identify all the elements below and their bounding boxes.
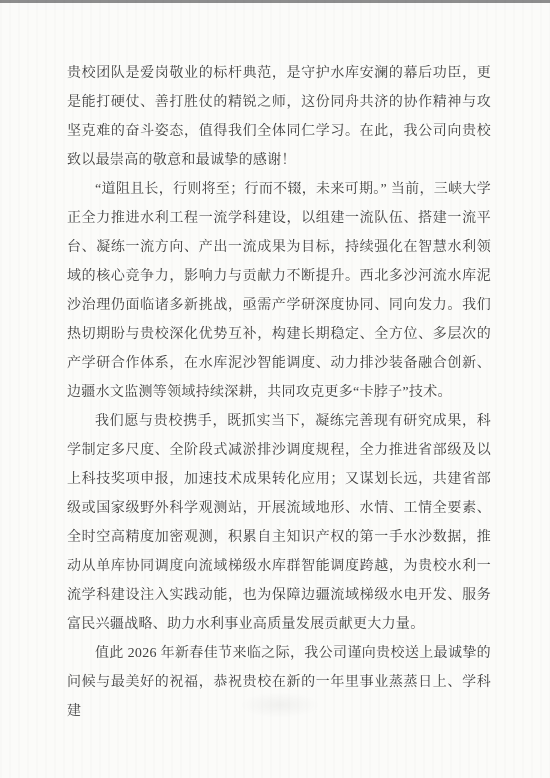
paragraph-discipline-development: “道阻且长，行则将至；行而不辍，未来可期。” 当前，三峡大学正全力推进水利工程一… xyxy=(67,175,491,407)
letter-body: 贵校团队是爱岗敬业的标杆典范，是守护水库安澜的幕后功臣，更是能打硬仗、善打胜仗的… xyxy=(67,59,491,726)
scanned-letter-page: 贵校团队是爱岗敬业的标杆典范，是守护水库安澜的幕后功臣，更是能打硬仗、善打胜仗的… xyxy=(0,0,550,778)
paragraph-gratitude: 贵校团队是爱岗敬业的标杆典范，是守护水库安澜的幕后功臣，更是能打硬仗、善打胜仗的… xyxy=(67,59,491,175)
paragraph-cooperation-plan: 我们愿与贵校携手，既抓实当下，凝练完善现有研究成果，科学制定多尺度、全阶段式减淤… xyxy=(67,407,491,639)
paragraph-new-year-wishes: 值此 2026 年新春佳节来临之际，我公司谨向贵校送上最诚挚的问候与最美好的祝福… xyxy=(67,639,491,726)
scan-edge-artifact xyxy=(0,0,550,3)
